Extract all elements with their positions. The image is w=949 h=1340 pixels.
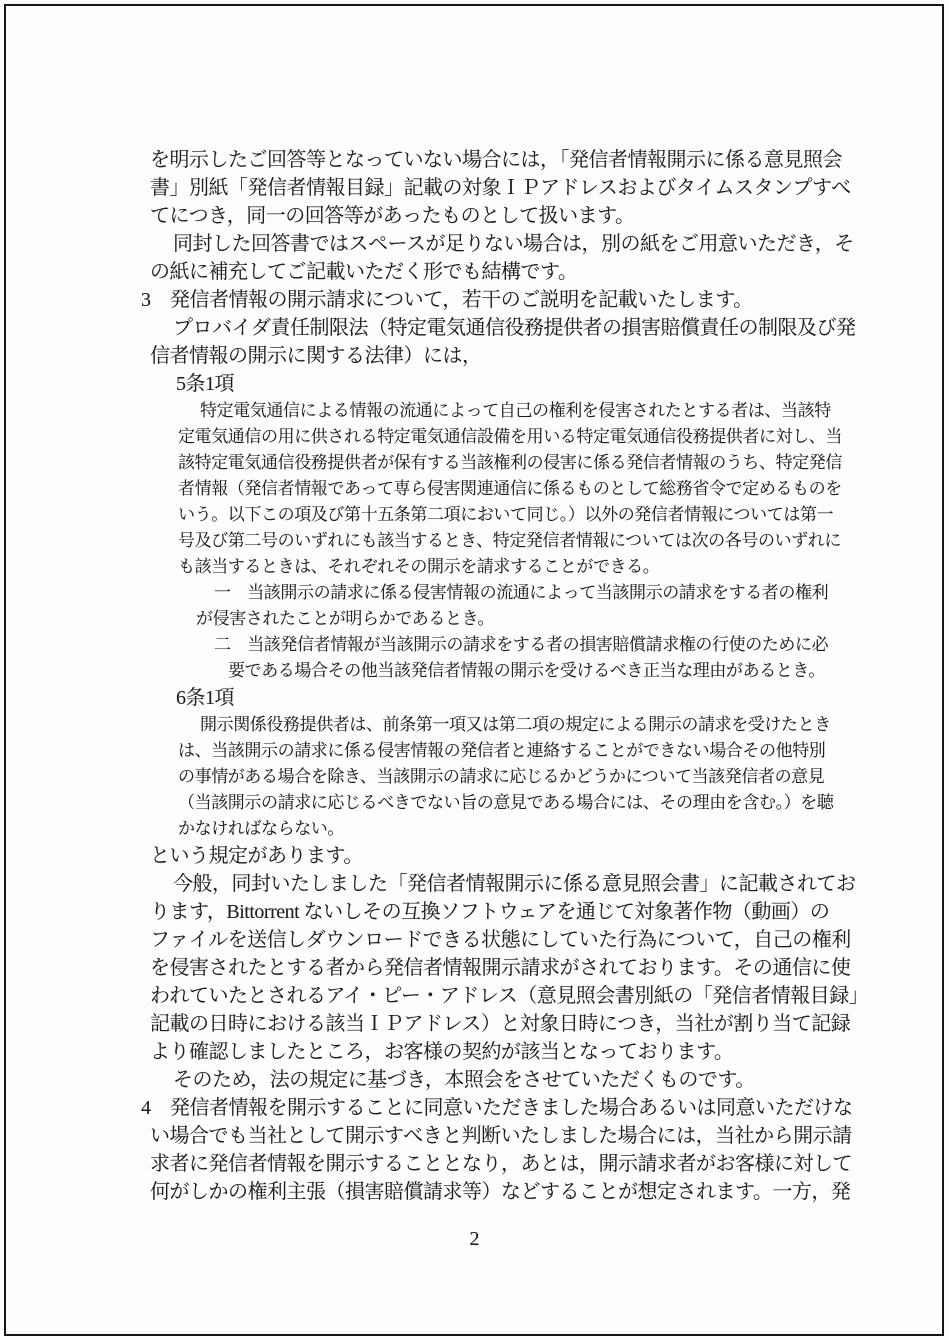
statute-quote-line: 特定電気通信による情報の流通によって自己の権利を侵害されたとする者は、当該特 xyxy=(150,398,870,424)
text-line: 何がしかの権利主張（損害賠償請求等）などすることが想定されます。一方，発 xyxy=(150,1178,870,1206)
text-line: を侵害されたとする者から発信者情報開示請求がされております。その通信に使 xyxy=(150,954,870,982)
statute-quote-line: の事情がある場合を除き、当該開示の請求に応じるかどうかについて当該発信者の意見 xyxy=(150,764,870,790)
statute-item-1-line: 一 当該開示の請求に係る侵害情報の流通によって当該開示の請求をする者の権利 xyxy=(150,580,870,606)
scanned-document-page: を明示したご回答等となっていない場合には，「発信者情報開示に係る意見照会 書」別… xyxy=(0,0,949,1340)
statute-quote-line: かなければならない。 xyxy=(150,816,870,842)
statute-item-1-line: が侵害されたことが明らかであるとき。 xyxy=(150,606,870,632)
text-line: の紙に補充してご記載いただく形でも結構です。 xyxy=(150,258,870,286)
statute-item-2-line: 要である場合その他当該発信者情報の開示を受けるべき正当な理由があるとき。 xyxy=(150,658,870,684)
statute-quote-line: は、当該開示の請求に係る侵害情報の発信者と連絡することができない場合その他特別 xyxy=(150,738,870,764)
text-line: 求者に発信者情報を開示することとなり，あとは，開示請求者がお客様に対して xyxy=(150,1150,870,1178)
text-line: より確認しましたところ，お客様の契約が該当となっております。 xyxy=(150,1038,870,1066)
statute-quote-line: 開示関係役務提供者は、前条第一項又は第二項の規定による開示の請求を受けたとき xyxy=(150,712,870,738)
item-3-line: 3 発信者情報の開示請求について，若干のご説明を記載いたします。 xyxy=(141,286,870,314)
text-line: てにつき，同一の回答等があったものとして扱います。 xyxy=(150,202,870,230)
text-line: 同封した回答書ではスペースが足りない場合は，別の紙をご用意いただき，そ xyxy=(150,230,870,258)
statute-quote-line: 該特定電気通信役務提供者が保有する当該権利の侵害に係る発信者情報のうち、特定発信 xyxy=(150,450,870,476)
text-line: い場合でも当社として開示すべきと判断いたしました場合には，当社から開示請 xyxy=(150,1122,870,1150)
text-line: われていたとされるアイ・ピー・アドレス（意見照会書別紙の「発信者情報目録」 xyxy=(150,982,870,1010)
statute-quote-line: も該当するときは、それぞれその開示を請求することができる。 xyxy=(150,554,870,580)
text-line: プロバイダ責任制限法（特定電気通信役務提供者の損害賠償責任の制限及び発 xyxy=(150,314,870,342)
text-line: そのため，法の規定に基づき，本照会をさせていただくものです。 xyxy=(150,1066,870,1094)
text-line: 今般，同封いたしました「発信者情報開示に係る意見照会書」に記載されてお xyxy=(150,870,870,898)
statute-item-2-line: 二 当該発信者情報が当該開示の請求をする者の損害賠償請求権の行使のために必 xyxy=(150,632,870,658)
document-body: を明示したご回答等となっていない場合には，「発信者情報開示に係る意見照会 書」別… xyxy=(150,146,870,1206)
text-line: という規定があります。 xyxy=(150,842,870,870)
text-line: ります，Bittorrent ないしその互換ソフトウェアを通じて対象著作物（動画… xyxy=(150,898,870,926)
text-line: を明示したご回答等となっていない場合には，「発信者情報開示に係る意見照会 xyxy=(150,146,870,174)
text-line: 書」別紙「発信者情報目録」記載の対象ＩＰアドレスおよびタイムスタンプすべ xyxy=(150,174,870,202)
article-6-1-heading: 6条1項 xyxy=(150,684,870,712)
statute-quote-line: 号及び第二号のいずれにも該当するとき、特定発信者情報については次の各号のいずれに xyxy=(150,528,870,554)
statute-quote-line: （当該開示の請求に応じるべきでない旨の意見である場合には、その理由を含む。）を聴 xyxy=(150,790,870,816)
statute-quote-line: 者情報（発信者情報であって専ら侵害関連通信に係るものとして総務省令で定めるものを xyxy=(150,476,870,502)
page-number: 2 xyxy=(0,1228,949,1251)
text-line: 信者情報の開示に関する法律）には， xyxy=(150,342,870,370)
statute-quote-line: 定電気通信の用に供される特定電気通信設備を用いる特定電気通信役務提供者に対し、当 xyxy=(150,424,870,450)
text-line: ファイルを送信しダウンロードできる状態にしていた行為について，自己の権利 xyxy=(150,926,870,954)
article-5-1-heading: 5条1項 xyxy=(150,370,870,398)
text-line: 記載の日時における該当ＩＰアドレス）と対象日時につき，当社が割り当て記録 xyxy=(150,1010,870,1038)
item-4-line: 4 発信者情報を開示することに同意いただきました場合あるいは同意いただけな xyxy=(141,1094,870,1122)
statute-quote-line: いう。以下この項及び第十五条第二項において同じ。）以外の発信者情報については第一 xyxy=(150,502,870,528)
